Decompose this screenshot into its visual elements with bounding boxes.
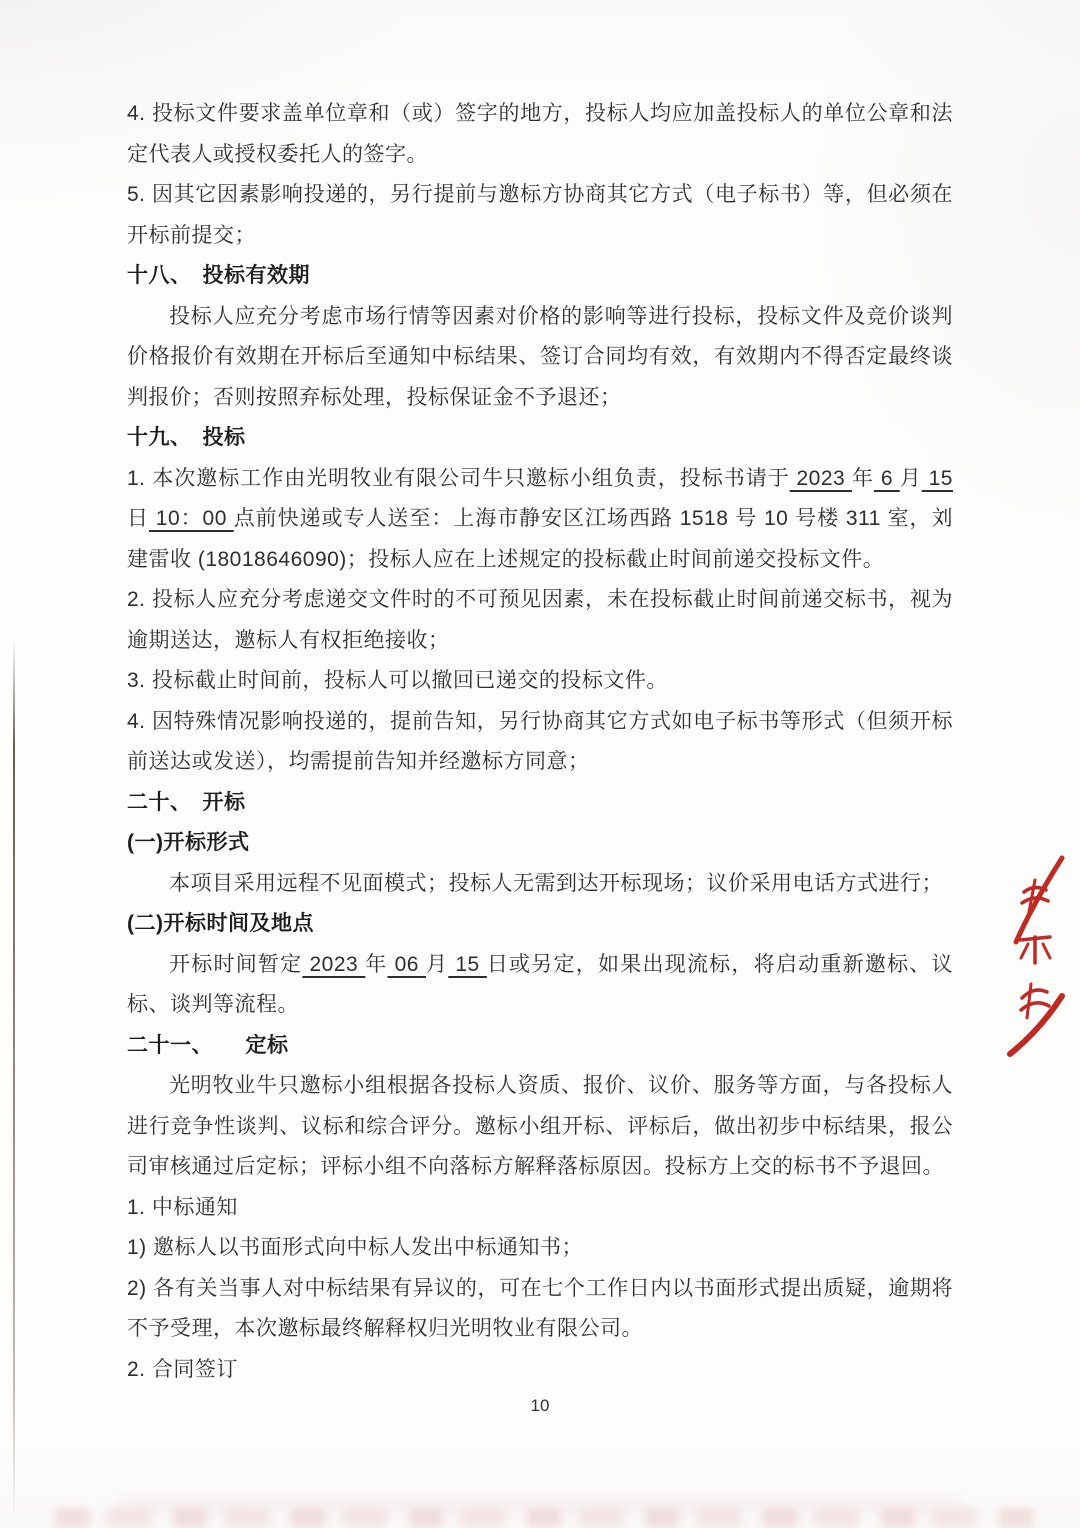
section-heading: 十八、 投标有效期 xyxy=(127,256,953,297)
text-run: 2. 合同签订 xyxy=(127,1358,238,1381)
text-run: 开标时间暂定 xyxy=(169,953,302,976)
text-run: 十九、 投标 xyxy=(127,426,246,449)
text-run: 1. 中标通知 xyxy=(127,1196,238,1219)
underlined-value: 2023 xyxy=(302,953,365,976)
text-run: 二十一、 定标 xyxy=(127,1034,289,1057)
text-run: 2) 各有关当事人对中标结果有异议的，可在七个工作日内以书面形式提出质疑，逾期将… xyxy=(127,1277,953,1341)
paragraph: 5. 因其它因素影响投递的，另行提前与邀标方协商其它方式（电子标书）等，但必须在… xyxy=(127,175,953,256)
section-heading: (二)开标时间及地点 xyxy=(127,904,953,945)
scanned-document-page: { "page": { "number": "10", "background"… xyxy=(0,0,1080,1528)
paragraph: 开标时间暂定 2023 年 06 月 15 日或另定，如果出现流标，将启动重新邀… xyxy=(127,945,953,1026)
text-run: 4. 投标文件要求盖单位章和（或）签字的地方，投标人均应加盖投标人的单位公章和法… xyxy=(127,102,953,166)
section-heading: 二十一、 定标 xyxy=(127,1026,953,1067)
text-run: 十八、 投标有效期 xyxy=(127,264,310,287)
text-run: 4. 因特殊情况影响投递的，提前告知，另行协商其它方式如电子标书等形式（但须开标… xyxy=(127,710,953,774)
bleed-through-text-faint xyxy=(120,1500,960,1510)
text-run: 月 xyxy=(426,953,448,976)
paragraph: 投标人应充分考虑市场行情等因素对价格的影响等进行投标，投标文件及竞价谈判价格报价… xyxy=(127,297,953,419)
red-signature-mark xyxy=(1002,850,1074,1064)
bleed-through-text xyxy=(55,1508,1035,1528)
text-run: 月 xyxy=(900,467,922,490)
text-run: 年 xyxy=(365,953,387,976)
paragraph: 4. 投标文件要求盖单位章和（或）签字的地方，投标人均应加盖投标人的单位公章和法… xyxy=(127,94,953,175)
underlined-value: 06 xyxy=(388,953,427,976)
paragraph: 3. 投标截止时间前，投标人可以撤回已递交的投标文件。 xyxy=(127,661,953,702)
text-run: 1) 邀标人以书面形式向中标人发出中标通知书； xyxy=(127,1236,583,1259)
paragraph: 光明牧业牛只邀标小组根据各投标人资质、报价、议价、服务等方面，与各投标人进行竞争… xyxy=(127,1066,953,1188)
section-heading: (一)开标形式 xyxy=(127,823,953,864)
text-run: 点前快递或专人送至：上海市静安区江场西路 1518 号 10 号楼 311 室，… xyxy=(127,507,953,571)
paragraph: 本项目采用远程不见面模式；投标人无需到达开标现场；议价采用电话方式进行； xyxy=(127,864,953,905)
text-run: 日 xyxy=(127,507,149,530)
section-heading: 十九、 投标 xyxy=(127,418,953,459)
paragraph: 1. 本次邀标工作由光明牧业有限公司牛只邀标小组负责，投标书请于 2023 年 … xyxy=(127,459,953,581)
text-run: 二十、 开标 xyxy=(127,791,246,814)
underlined-value: 6 xyxy=(874,467,900,490)
text-run: 1. 本次邀标工作由光明牧业有限公司牛只邀标小组负责，投标书请于 xyxy=(127,467,790,490)
text-run: 年 xyxy=(852,467,874,490)
paragraph: 2. 合同签订 xyxy=(127,1350,953,1391)
underlined-value: 15 xyxy=(922,467,953,490)
scan-edge-shadow-line xyxy=(13,640,15,1520)
underlined-value: 2023 xyxy=(790,467,852,490)
text-run: (二)开标时间及地点 xyxy=(127,912,314,935)
text-run: 2. 投标人应充分考虑递交文件时的不可预见因素，未在投标截止时间前递交标书，视为… xyxy=(127,588,953,652)
paragraph: 2) 各有关当事人对中标结果有异议的，可在七个工作日内以书面形式提出质疑，逾期将… xyxy=(127,1269,953,1350)
underlined-value: 15 xyxy=(448,953,487,976)
text-run: (一)开标形式 xyxy=(127,831,250,854)
text-run: 5. 因其它因素影响投递的，另行提前与邀标方协商其它方式（电子标书）等，但必须在… xyxy=(127,183,953,247)
paragraph: 1) 邀标人以书面形式向中标人发出中标通知书； xyxy=(127,1228,953,1269)
text-run: 投标人应充分考虑市场行情等因素对价格的影响等进行投标，投标文件及竞价谈判价格报价… xyxy=(127,305,953,409)
underlined-value: 10：00 xyxy=(149,507,234,530)
paragraph: 1. 中标通知 xyxy=(127,1188,953,1229)
paragraph: 4. 因特殊情况影响投递的，提前告知，另行协商其它方式如电子标书等形式（但须开标… xyxy=(127,702,953,783)
paragraph: 2. 投标人应充分考虑递交文件时的不可预见因素，未在投标截止时间前递交标书，视为… xyxy=(127,580,953,661)
section-heading: 二十、 开标 xyxy=(127,783,953,824)
text-run: 本项目采用远程不见面模式；投标人无需到达开标现场；议价采用电话方式进行； xyxy=(169,872,943,895)
text-run: 光明牧业牛只邀标小组根据各投标人资质、报价、议价、服务等方面，与各投标人进行竞争… xyxy=(127,1074,953,1178)
text-run: 3. 投标截止时间前，投标人可以撤回已递交的投标文件。 xyxy=(127,669,668,692)
page-number: 10 xyxy=(0,1396,1080,1416)
document-body: 4. 投标文件要求盖单位章和（或）签字的地方，投标人均应加盖投标人的单位公章和法… xyxy=(127,94,953,1390)
